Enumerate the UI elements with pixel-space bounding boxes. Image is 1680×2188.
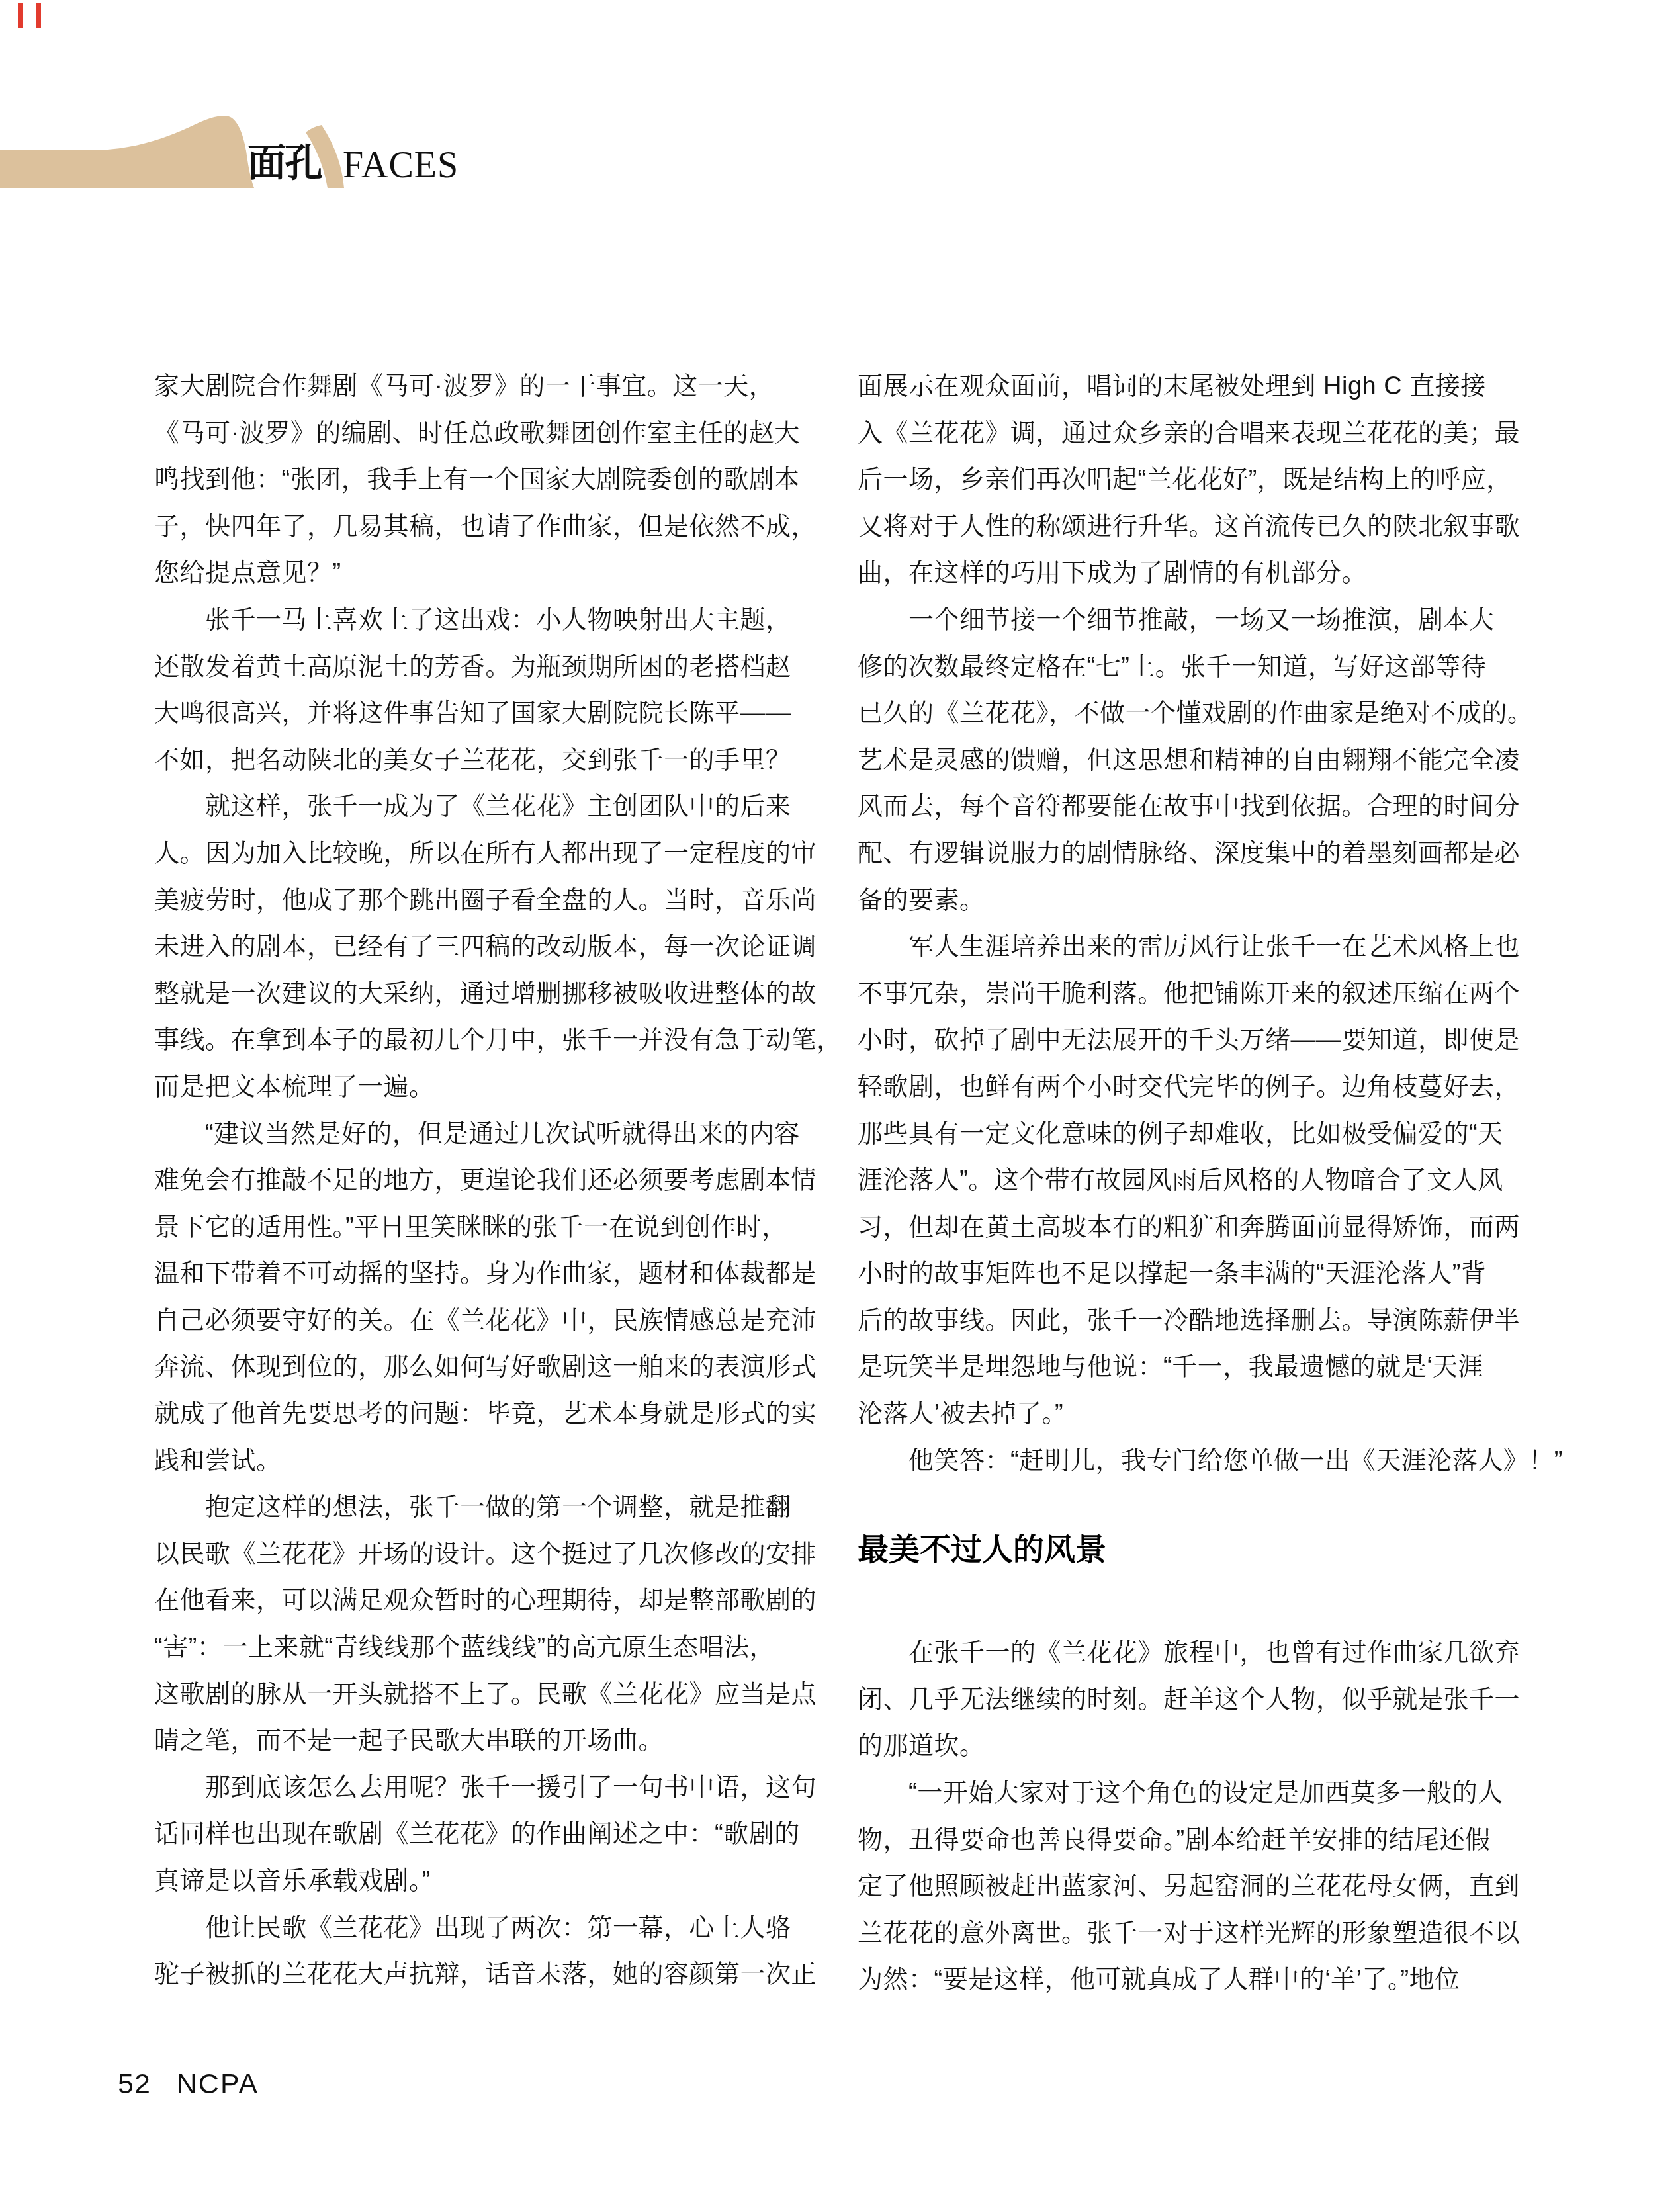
body-line: 真谛是以音乐承载戏剧。” xyxy=(154,1858,799,1905)
body-line: 那些具有一定文化意味的例子却难收，比如极受偏爱的“天 xyxy=(858,1111,1506,1158)
left-column: 家大剧院合作舞剧《马可·波罗》的一干事宜。这一天，《马可·波罗》的编剧、时任总政… xyxy=(154,363,799,1998)
body-line: 的那道坎。 xyxy=(858,1723,1506,1770)
body-line: 抱定这样的想法，张千一做的第一个调整，就是推翻 xyxy=(154,1484,799,1531)
body-line: 修的次数最终定格在“七”上。张千一知道，写好这部等待 xyxy=(858,644,1506,691)
body-line: 又将对于人性的称颂进行升华。这首流传已久的陕北叙事歌 xyxy=(858,503,1506,550)
body-line: 以民歌《兰花花》开场的设计。这个挺过了几次修改的安排 xyxy=(154,1531,799,1578)
body-line: 整就是一次建议的大采纳，通过增删挪移被吸收进整体的故 xyxy=(154,971,799,1018)
body-line: 入《兰花花》调，通过众乡亲的合唱来表现兰花花的美；最 xyxy=(858,410,1506,457)
body-line: 在他看来，可以满足观众暂时的心理期待，却是整部歌剧的 xyxy=(154,1577,799,1624)
body-line: 奔流、体现到位的，那么如何写好歌剧这一舶来的表演形式 xyxy=(154,1344,799,1391)
body-line: 涯沦落人”。这个带有故园风雨后风格的人物暗合了文人风 xyxy=(858,1157,1506,1204)
body-line: 不如，把名动陕北的美女子兰花花，交到张千一的手里？ xyxy=(154,737,799,784)
body-line: 这歌剧的脉从一开头就搭不上了。民歌《兰花花》应当是点 xyxy=(154,1671,799,1718)
body-line: 鸣找到他：“张团，我手上有一个国家大剧院委创的歌剧本 xyxy=(154,457,799,503)
body-line: 军人生涯培养出来的雷厉风行让张千一在艺术风格上也 xyxy=(858,924,1506,971)
body-line: 已久的《兰花花》，不做一个懂戏剧的作曲家是绝对不成的。 xyxy=(858,690,1506,737)
body-line: 一个细节接一个细节推敲，一场又一场推演，剧本大 xyxy=(858,597,1506,644)
body-line: 兰花花的意外离世。张千一对于这样光辉的形象塑造很不以 xyxy=(858,1910,1506,1957)
body-line: 闭、几乎无法继续的时刻。赶羊这个人物，似乎就是张千一 xyxy=(858,1677,1506,1724)
body-line: 家大剧院合作舞剧《马可·波罗》的一干事宜。这一天， xyxy=(154,363,799,410)
body-line: 《马可·波罗》的编剧、时任总政歌舞团创作室主任的赵大 xyxy=(154,410,799,457)
body-line: 事线。在拿到本子的最初几个月中，张千一并没有急于动笔， xyxy=(154,1017,799,1064)
body-line: 后一场，乡亲们再次唱起“兰花花好”，既是结构上的呼应， xyxy=(858,457,1506,503)
right-column: 面展示在观众面前，唱词的末尾被处理到 High C 直接接入《兰花花》调，通过众… xyxy=(858,363,1506,2003)
body-line: 轻歌剧，也鲜有两个小时交代完毕的例子。边角枝蔓好去， xyxy=(858,1064,1506,1111)
body-line: 配、有逻辑说服力的剧情脉络、深度集中的着墨刻画都是必 xyxy=(858,830,1506,877)
body-line: 景下它的适用性。”平日里笑眯眯的张千一在说到创作时， xyxy=(154,1204,799,1251)
body-line: 他笑答：“赶明儿，我专门给您单做一出《天涯沦落人》！” xyxy=(858,1438,1506,1485)
body-line: 子，快四年了，几易其稿，也请了作曲家，但是依然不成， xyxy=(154,503,799,550)
body-line: 沦落人’被去掉了。” xyxy=(858,1391,1506,1438)
body-line: 还散发着黄土高原泥土的芳香。为瓶颈期所困的老搭档赵 xyxy=(154,644,799,691)
page-footer: 52 NCPA xyxy=(118,2068,259,2101)
journal-name: NCPA xyxy=(177,2068,259,2100)
body-line: 定了他照顾被赶出蓝家河、另起窑洞的兰花花母女俩，直到 xyxy=(858,1863,1506,1910)
body-line: 物，丑得要命也善良得要命。”剧本给赶羊安排的结尾还假 xyxy=(858,1817,1506,1864)
magazine-page: 面孔 FACES 家大剧院合作舞剧《马可·波罗》的一干事宜。这一天，《马可·波罗… xyxy=(0,0,1680,2188)
body-line: 自己必须要守好的关。在《兰花花》中，民族情感总是充沛 xyxy=(154,1297,799,1344)
body-line: 面展示在观众面前，唱词的末尾被处理到 High C 直接接 xyxy=(858,363,1506,410)
section-title-english: FACES xyxy=(343,147,459,184)
body-line: 小时的故事矩阵也不足以撑起一条丰满的“天涯沦落人”背 xyxy=(858,1250,1506,1297)
body-line: 是玩笑半是埋怨地与他说：“千一，我最遗憾的就是‘天涯 xyxy=(858,1344,1506,1391)
page-number: 52 xyxy=(118,2068,151,2100)
body-line: 人。因为加入比较晚，所以在所有人都出现了一定程度的审 xyxy=(154,830,799,877)
body-line: 未进入的剧本，已经有了三四稿的改动版本，每一次论证调 xyxy=(154,924,799,971)
body-line: 话同样也出现在歌剧《兰花花》的作曲阐述之中：“歌剧的 xyxy=(154,1811,799,1858)
body-line: 备的要素。 xyxy=(858,877,1506,924)
body-line: “建议当然是好的，但是通过几次试听就得出来的内容 xyxy=(154,1111,799,1158)
body-line: 艺术是灵感的馈赠，但这思想和精神的自由翱翔不能完全凌 xyxy=(858,737,1506,784)
body-line: 而是把文本梳理了一遍。 xyxy=(154,1064,799,1111)
body-line: 他让民歌《兰花花》出现了两次：第一幕，心上人骆 xyxy=(154,1905,799,1952)
body-line: 大鸣很高兴，并将这件事告知了国家大剧院院长陈平—— xyxy=(154,690,799,737)
body-line: 曲，在这样的巧用下成为了剧情的有机部分。 xyxy=(858,550,1506,597)
section-title-chinese: 面孔 xyxy=(247,144,322,183)
section-heading: 最美不过人的风景 xyxy=(858,1526,1506,1573)
body-line: 小时，砍掉了剧中无法展开的千头万绪——要知道，即使是 xyxy=(858,1017,1506,1064)
body-line: 那到底该怎么去用呢？张千一援引了一句书中语，这句 xyxy=(154,1765,799,1812)
body-line: 张千一马上喜欢上了这出戏：小人物映射出大主题， xyxy=(154,597,799,644)
body-line: 践和尝试。 xyxy=(154,1438,799,1485)
body-line: 温和下带着不可动摇的坚持。身为作曲家，题材和体裁都是 xyxy=(154,1250,799,1297)
body-line: 习，但却在黄土高坡本有的粗犷和奔腾面前显得矫饰，而两 xyxy=(858,1204,1506,1251)
body-line: 驼子被抓的兰花花大声抗辩，话音未落，她的容颜第一次正 xyxy=(154,1951,799,1998)
body-line: 睛之笔，而不是一起子民歌大串联的开场曲。 xyxy=(154,1718,799,1765)
body-line: 风而去，每个音符都要能在故事中找到依据。合理的时间分 xyxy=(858,783,1506,830)
body-line: 美疲劳时，他成了那个跳出圈子看全盘的人。当时，音乐尚 xyxy=(154,877,799,924)
body-line: 您给提点意见？” xyxy=(154,550,799,597)
body-line: 就成了他首先要思考的问题：毕竟，艺术本身就是形式的实 xyxy=(154,1391,799,1438)
body-line: 为然：“要是这样，他可就真成了人群中的‘羊’了。”地位 xyxy=(858,1956,1506,2003)
body-line: “害”：一上来就“青线线那个蓝线线”的高亢原生态唱法， xyxy=(154,1624,799,1671)
body-line: “一开始大家对于这个角色的设定是加西莫多一般的人 xyxy=(858,1770,1506,1817)
body-line: 在张千一的《兰花花》旅程中，也曾有过作曲家几欲弃 xyxy=(858,1630,1506,1677)
body-line: 不事冗杂，崇尚干脆利落。他把铺陈开来的叙述压缩在两个 xyxy=(858,971,1506,1018)
body-line: 就这样，张千一成为了《兰花花》主创团队中的后来 xyxy=(154,783,799,830)
body-line: 难免会有推敲不足的地方，更遑论我们还必须要考虑剧本情 xyxy=(154,1157,799,1204)
body-line: 后的故事线。因此，张千一冷酷地选择删去。导演陈薪伊半 xyxy=(858,1297,1506,1344)
